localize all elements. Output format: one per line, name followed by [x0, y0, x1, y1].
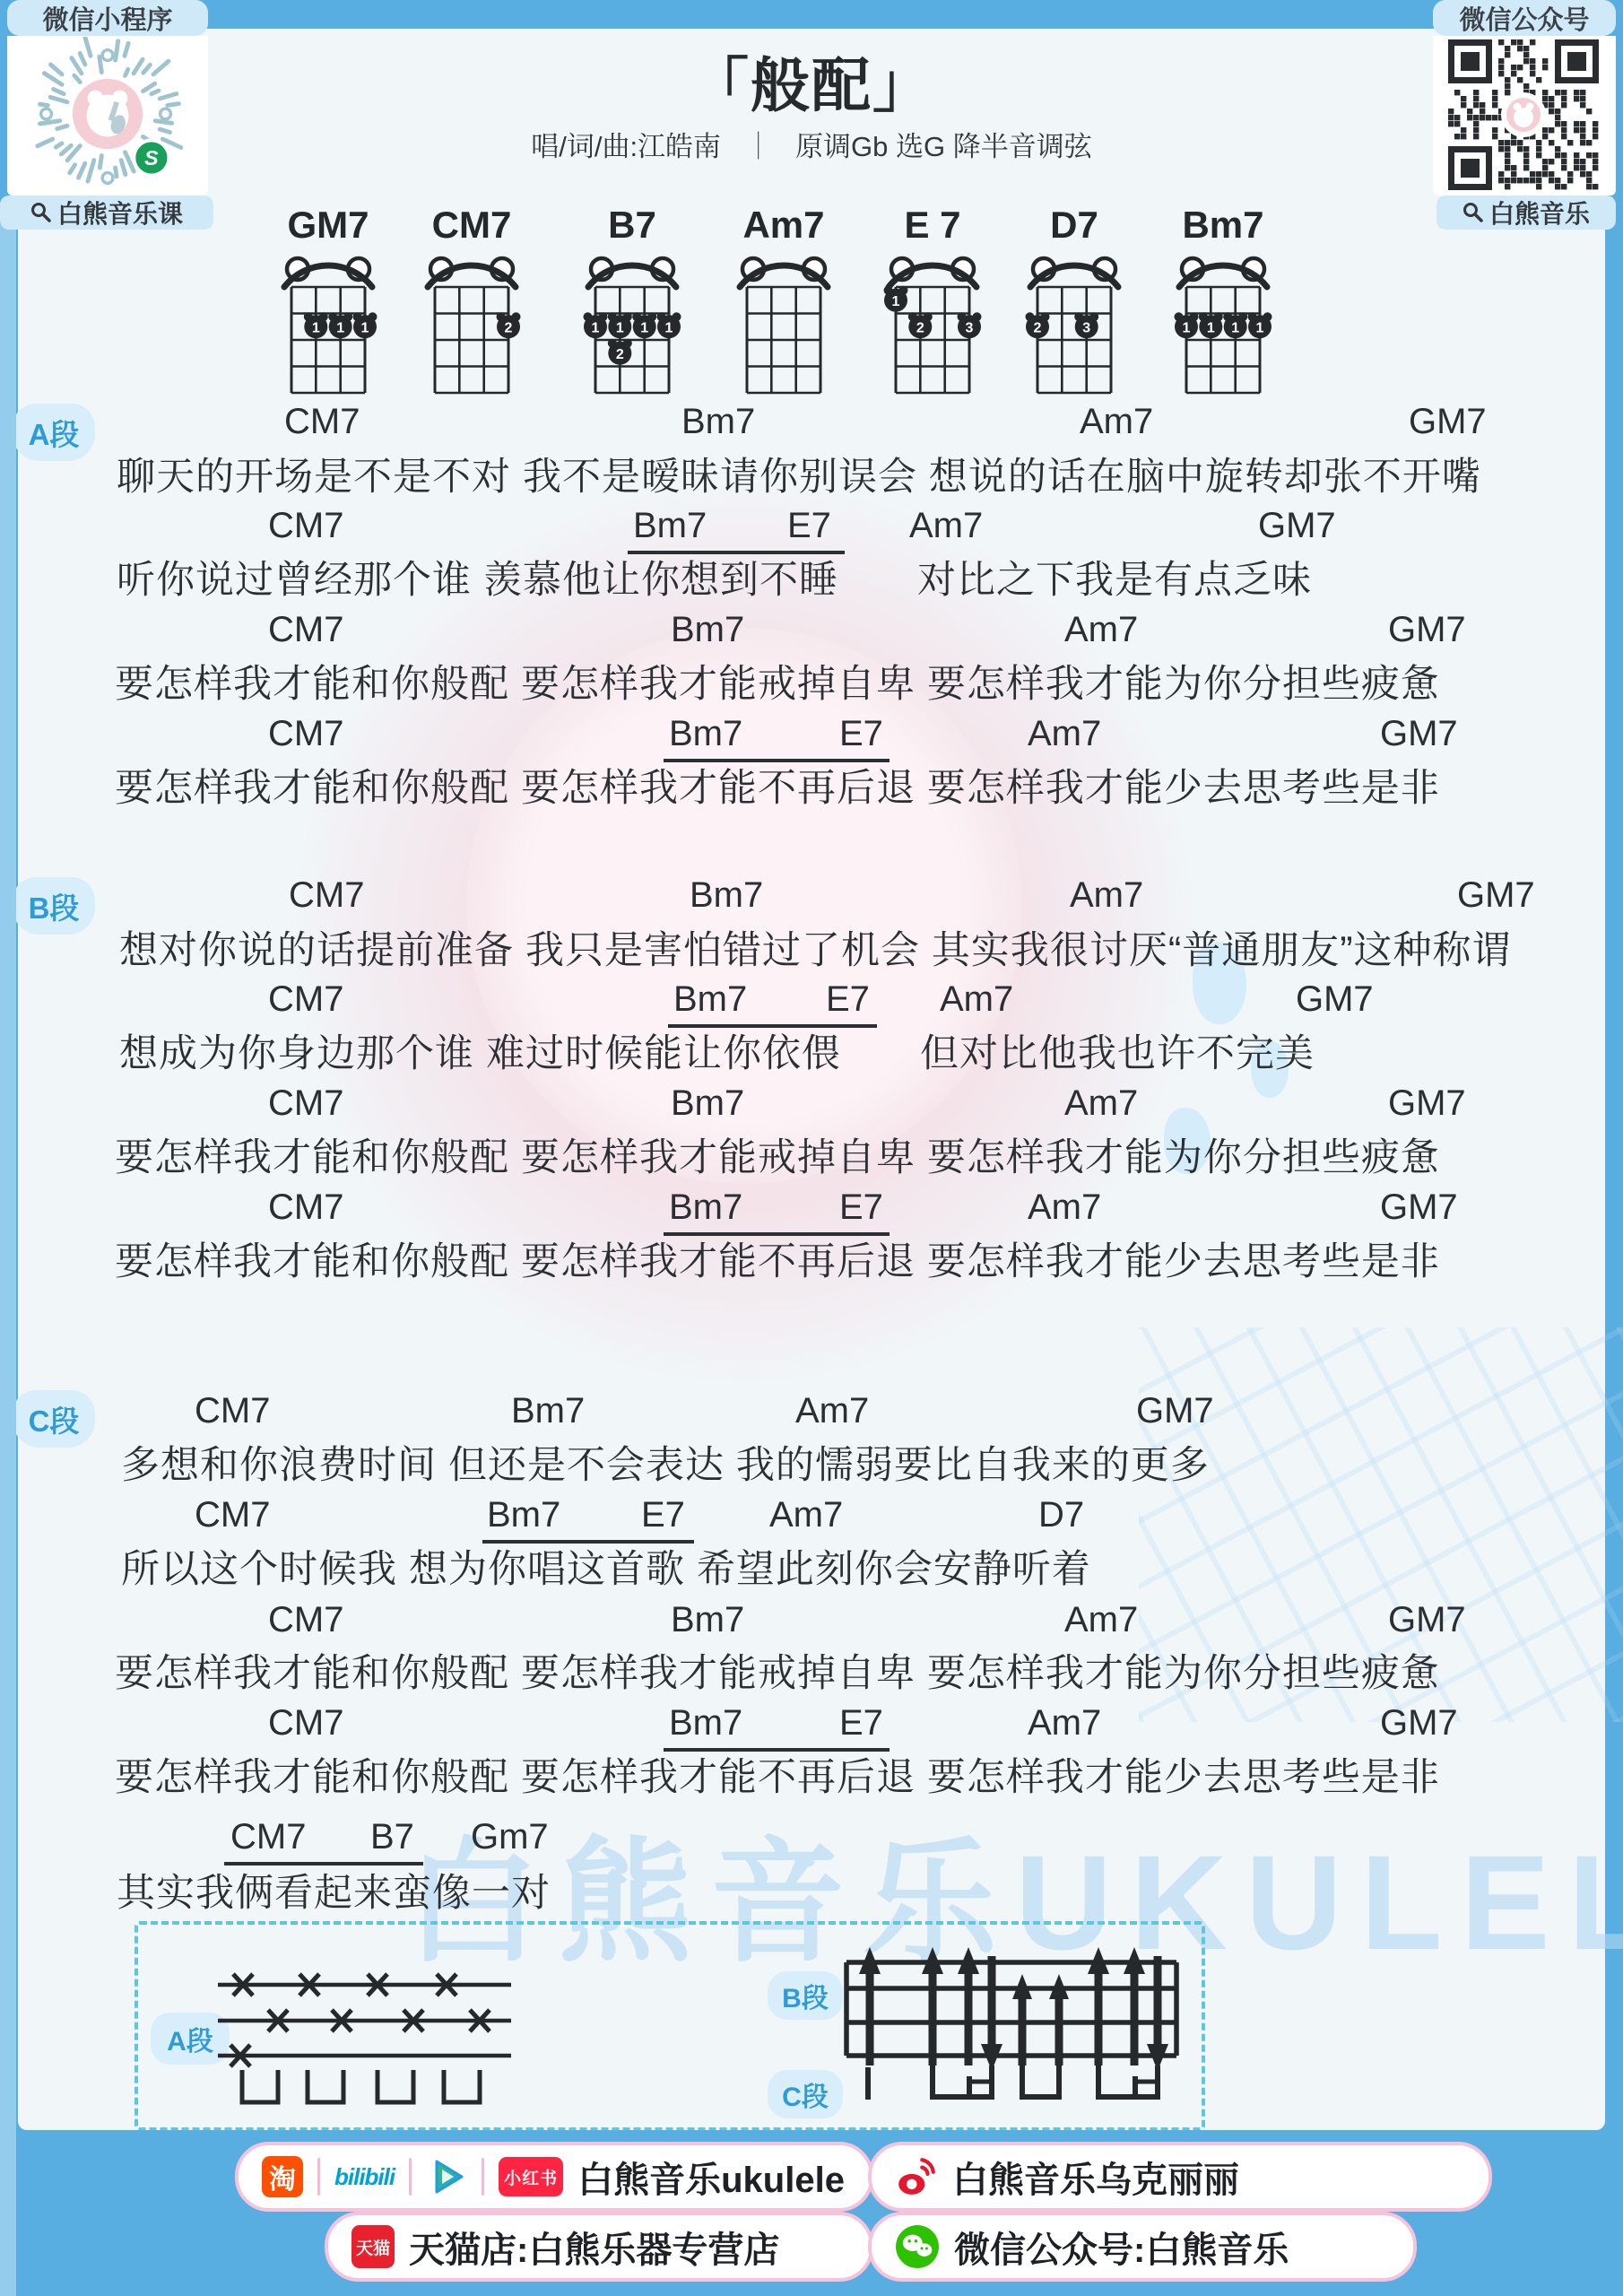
lyric-line: 其实我俩看起来蛮像一对 [117, 1863, 551, 1918]
lyric-line: 听你说过曾经那个谁 羡慕他让你想到不睡 对比之下我是有点乏味 [117, 550, 1312, 604]
chord-label: CM7 [195, 1495, 270, 1535]
svg-text:1: 1 [592, 320, 600, 335]
svg-text:1: 1 [1256, 320, 1264, 335]
chord-label: Am7 [1028, 1703, 1101, 1744]
official-account-caption-text: 白熊音乐 [1489, 195, 1590, 230]
official-account-qr[interactable] [1433, 36, 1616, 196]
official-account-caption: 白熊音乐 [1436, 196, 1616, 230]
chord-label: GM7 [1388, 610, 1466, 650]
section-label: C段 [13, 1390, 95, 1448]
social-badge-wechat[interactable]: 微信公众号:白熊音乐 [868, 2212, 1417, 2282]
lyric-line: 想成为你身边那个谁 难过时候能让你依偎 但对比他我也许不完美 [119, 1023, 1315, 1078]
svg-text:1: 1 [1207, 320, 1215, 335]
divider [317, 2158, 320, 2196]
chord-label: GM7 [1296, 979, 1374, 1020]
chord-diagram: GM7111 [278, 204, 378, 404]
chord-label: Bm7 [671, 610, 744, 650]
divider [482, 2158, 484, 2196]
divider [409, 2158, 412, 2196]
chord-label: B7 [370, 1817, 414, 1857]
chord-label: Am7 [769, 1495, 843, 1535]
lyric-line: 要怎样我才能和你般配 要怎样我才能戒掉自卑 要怎样我才能为你分担些疲惫 [115, 1127, 1440, 1182]
chord-diagram: Am7 [733, 204, 834, 404]
chord-diagram-name: B7 [582, 204, 682, 246]
chord-diagram-name: Am7 [733, 204, 834, 246]
chord-diagram-name: E 7 [882, 204, 983, 246]
chord-label: E7 [839, 714, 883, 754]
svg-text:1: 1 [1231, 320, 1239, 335]
svg-text:3: 3 [966, 320, 974, 335]
chord-diagram-name: D7 [1024, 204, 1124, 246]
chord-label: E7 [641, 1495, 685, 1535]
svg-text:1: 1 [892, 294, 900, 309]
chord-label: GM7 [1136, 1391, 1214, 1431]
chord-label: Am7 [940, 979, 1013, 1020]
qr-code-art [1448, 39, 1601, 192]
chord-label: CM7 [268, 506, 343, 546]
mini-program-caption: 白熊音乐课 [0, 196, 213, 230]
lyric-line: 多想和你浪费时间 但还是不会表达 我的懦弱要比自我来的更多 [121, 1435, 1210, 1490]
credits-text: 唱/词/曲:江皓南 [531, 131, 721, 162]
chord-label: E7 [839, 1703, 883, 1744]
chord-label: E7 [839, 1187, 883, 1228]
chord-label: GM7 [1409, 402, 1487, 442]
mini-program-tab: 微信小程序 [7, 0, 208, 36]
chord-diagram: CM72 [421, 204, 522, 404]
chord-diagram-name: GM7 [278, 204, 378, 246]
chord-label: Gm7 [471, 1817, 549, 1857]
chord-label: CM7 [268, 979, 343, 1020]
chord-label: Bm7 [690, 875, 763, 916]
badge-text: 白熊音乐ukulele [577, 2152, 845, 2203]
badge-text: 白熊音乐乌克丽丽 [952, 2152, 1239, 2203]
chord-diagram: Bm71111 [1173, 204, 1273, 404]
tmall-icon: 天猫 [352, 2225, 395, 2268]
svg-text:1: 1 [640, 320, 648, 335]
chord-diagram-name: CM7 [421, 204, 522, 246]
chord-label: Am7 [1028, 1187, 1101, 1228]
svg-text:1: 1 [1183, 320, 1191, 335]
svg-text:2: 2 [1034, 320, 1042, 335]
song-credits: 唱/词/曲:江皓南｜原调Gb 选G 降半音调弦 [0, 124, 1623, 164]
lyric-line: 所以这个时候我 想为你唱这首歌 希望此刻你会安静听着 [121, 1539, 1091, 1594]
chord-label: Am7 [1064, 1600, 1138, 1640]
chord-diagram: B711112 [582, 204, 682, 404]
svg-text:2: 2 [616, 347, 624, 362]
chord-diagram: D723 [1024, 204, 1124, 404]
chord-diagram-name: Bm7 [1173, 204, 1273, 246]
svg-text:1: 1 [665, 320, 673, 335]
chord-label: CM7 [268, 1600, 343, 1640]
social-badge-tmall[interactable]: 天猫 天猫店:白熊乐器专营店 [325, 2212, 873, 2282]
section-label: B段 [13, 877, 95, 935]
chord-label: Bm7 [669, 714, 742, 754]
chord-label: CM7 [268, 714, 343, 754]
taobao-icon: 淘 [262, 2156, 303, 2197]
bilibili-icon: bilibili [334, 2163, 395, 2191]
chord-label: CM7 [268, 1703, 343, 1744]
credits-separator: ｜ [744, 131, 772, 162]
chord-label: GM7 [1258, 506, 1336, 546]
chord-label: GM7 [1380, 1703, 1458, 1744]
svg-text:1: 1 [361, 320, 369, 335]
svg-text:1: 1 [336, 320, 344, 335]
social-badge-weibo[interactable]: 白熊音乐乌克丽丽 [868, 2142, 1492, 2212]
page: 白熊音乐UKULELE 微信小程序 S 白熊音乐课 微信公众号 白熊音乐 「般配… [0, 0, 1623, 2296]
song-title: 「般配」 [0, 38, 1623, 123]
page-edge-strip [0, 224, 16, 2296]
chord-label: Bm7 [681, 402, 755, 442]
chord-label: E7 [826, 979, 870, 1020]
chord-label: Am7 [1080, 402, 1153, 442]
chord-label: E7 [787, 506, 831, 546]
chord-label: Bm7 [673, 979, 747, 1020]
chord-label: Bm7 [669, 1187, 742, 1228]
lyric-line: 要怎样我才能和你般配 要怎样我才能戒掉自卑 要怎样我才能为你分担些疲惫 [115, 1643, 1440, 1698]
lyric-line: 想对你说的话提前准备 我只是害怕错过了机会 其实我很讨厌“普通朋友”这种称谓 [119, 920, 1512, 975]
chord-label: Bm7 [511, 1391, 585, 1431]
svg-text:1: 1 [616, 320, 624, 335]
svg-text:2: 2 [916, 320, 924, 335]
official-account-tab: 微信公众号 [1433, 0, 1616, 36]
chord-label: Bm7 [671, 1083, 744, 1124]
chord-diagram: E 7123 [882, 204, 983, 404]
chord-label: Bm7 [633, 506, 707, 546]
chord-label: Bm7 [671, 1600, 744, 1640]
lyric-line: 聊天的开场是不是不对 我不是暧昧请你别误会 想说的话在脑中旋转却张不开嘴 [117, 447, 1481, 501]
xiaohongshu-icon: 小红书 [499, 2157, 563, 2196]
section-label: A段 [13, 404, 95, 461]
svg-text:2: 2 [505, 320, 513, 335]
badge-text: 微信公众号:白熊音乐 [954, 2222, 1289, 2273]
lyric-line: 要怎样我才能和你般配 要怎样我才能不再后退 要怎样我才能少去思考些是非 [115, 1747, 1440, 1802]
svg-text:1: 1 [312, 320, 320, 335]
social-badge-shops[interactable]: 淘 bilibili 小红书 白熊音乐ukulele [235, 2142, 873, 2212]
chord-label: CM7 [195, 1391, 270, 1431]
mini-program-code[interactable]: S [7, 36, 208, 196]
chord-label: CM7 [289, 875, 364, 916]
chord-label: D7 [1038, 1495, 1084, 1535]
strum-label-b: B段 [768, 1971, 843, 2020]
chord-label: Am7 [1064, 610, 1138, 650]
chord-label: GM7 [1380, 714, 1458, 754]
chord-label: CM7 [268, 610, 343, 650]
search-icon [30, 202, 52, 223]
svg-text:S: S [144, 146, 159, 170]
chord-label: Bm7 [487, 1495, 560, 1535]
chord-label: Bm7 [669, 1703, 742, 1744]
chord-label: Am7 [909, 506, 983, 546]
chord-label: GM7 [1380, 1187, 1458, 1228]
chord-label: CM7 [230, 1817, 306, 1857]
chord-label: CM7 [268, 1187, 343, 1228]
mini-program-caption-text: 白熊音乐课 [57, 195, 183, 230]
badge-text: 天猫店:白熊乐器专营店 [409, 2222, 779, 2273]
wechat-icon [895, 2224, 940, 2269]
chord-label: CM7 [284, 402, 360, 442]
mini-program-code-art: S [29, 37, 187, 195]
chord-label: Am7 [795, 1391, 869, 1431]
chord-label: Am7 [1064, 1083, 1138, 1124]
strum-label-c: C段 [768, 2070, 843, 2118]
chord-label: Am7 [1028, 714, 1101, 754]
play-video-icon [426, 2156, 467, 2197]
chord-label: GM7 [1388, 1600, 1466, 1640]
chord-label: Am7 [1070, 875, 1143, 916]
chord-label: CM7 [268, 1083, 343, 1124]
lyric-line: 要怎样我才能和你般配 要怎样我才能戒掉自卑 要怎样我才能为你分担些疲惫 [115, 654, 1440, 709]
svg-text:3: 3 [1082, 320, 1090, 335]
strum-pattern-bc [841, 1940, 1182, 2107]
lyric-line: 要怎样我才能和你般配 要怎样我才能不再后退 要怎样我才能少去思考些是非 [115, 1231, 1440, 1286]
chord-label: GM7 [1388, 1083, 1466, 1124]
strum-pattern-a [213, 1970, 518, 2113]
weibo-icon [895, 2155, 938, 2198]
chord-label: GM7 [1457, 875, 1535, 916]
key-info: 原调Gb 选G 降半音调弦 [795, 131, 1092, 162]
search-icon [1462, 202, 1484, 223]
lyric-line: 要怎样我才能和你般配 要怎样我才能不再后退 要怎样我才能少去思考些是非 [115, 758, 1440, 813]
